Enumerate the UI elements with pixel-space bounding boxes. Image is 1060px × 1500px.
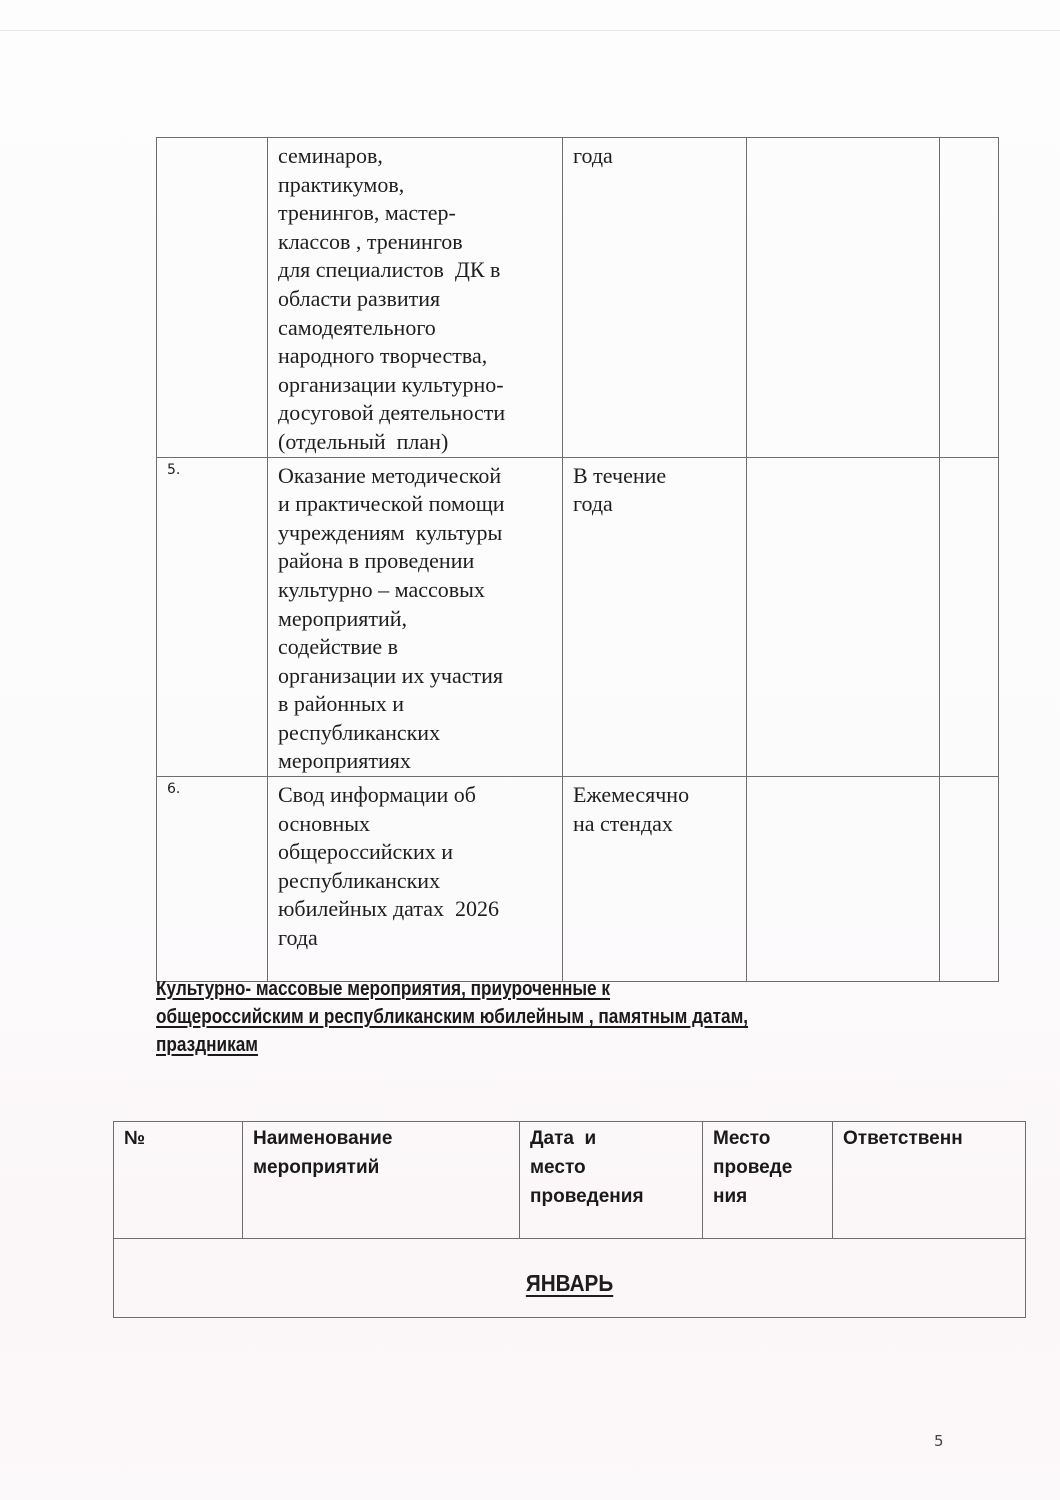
table-header-row: № Наименованиемероприятий Дата иместопро… (114, 1122, 1026, 1239)
text-line: года (573, 142, 740, 171)
text-line: самодеятельного (278, 314, 556, 343)
text-line: года (573, 490, 740, 519)
activity-name: Оказание методическойи практической помо… (268, 457, 563, 777)
text-line: ния (713, 1182, 826, 1211)
header-responsible: Ответственн (833, 1122, 1026, 1239)
text-line: Свод информации об (278, 781, 556, 810)
empty-cell (940, 777, 999, 982)
month-row: ЯНВАРЬ (114, 1239, 1026, 1318)
text-line: Ответственн (843, 1124, 1019, 1153)
text-line: проведения (530, 1182, 696, 1211)
header-number: № (114, 1122, 243, 1239)
text-line: основных (278, 810, 556, 839)
text-line: учреждениям культуры (278, 519, 556, 548)
text-line: тренингов, мастер- (278, 199, 556, 228)
text-line: № (124, 1124, 236, 1153)
empty-cell (940, 138, 999, 458)
text-line: общероссийских и (278, 838, 556, 867)
text-line: мероприятиях (278, 747, 556, 776)
text-line: классов , тренингов (278, 228, 556, 257)
text-line: (отдельный план) (278, 428, 556, 457)
text-line: и практической помощи (278, 490, 556, 519)
text-line: на стендах (573, 810, 740, 839)
table-row: семинаров,практикумов,тренингов, мастер-… (157, 138, 999, 458)
text-line: практикумов, (278, 171, 556, 200)
text-line: содействие в (278, 633, 556, 662)
row-number: 6. (157, 777, 268, 982)
text-line: народного творчества, (278, 342, 556, 371)
text-line: республиканских (278, 867, 556, 896)
text-line: место (530, 1153, 696, 1182)
activity-name: семинаров,практикумов,тренингов, мастер-… (268, 138, 563, 458)
text-line: организации их участия (278, 662, 556, 691)
empty-cell (747, 457, 940, 777)
text-line: В течение (573, 462, 740, 491)
header-venue: Местопроведения (703, 1122, 833, 1239)
header-event-name: Наименованиемероприятий (243, 1122, 520, 1239)
text-line: юбилейных датах 2026 (278, 895, 556, 924)
events-table: № Наименованиемероприятий Дата иместопро… (113, 1121, 1026, 1318)
scan-edge-line (0, 30, 1060, 31)
activities-table: семинаров,практикумов,тренингов, мастер-… (156, 137, 999, 982)
text-line: Дата и (530, 1124, 696, 1153)
text-line: района в проведении (278, 547, 556, 576)
text-line: республиканских (278, 719, 556, 748)
text-line: Оказание методической (278, 462, 556, 491)
text-line: Место (713, 1124, 826, 1153)
section-heading-line: праздникам (156, 1031, 844, 1059)
activity-date: года (563, 138, 747, 458)
text-line: области развития (278, 285, 556, 314)
text-line: Ежемесячно (573, 781, 740, 810)
row-number (157, 138, 268, 458)
section-heading: Культурно- массовые мероприятия, приуроч… (156, 975, 844, 1059)
text-line: проведе (713, 1153, 826, 1182)
text-line: культурно – массовых (278, 576, 556, 605)
text-line: Наименование (253, 1124, 513, 1153)
month-cell: ЯНВАРЬ (114, 1239, 1026, 1318)
text-line: досуговой деятельности (278, 399, 556, 428)
month-label: ЯНВАРЬ (526, 1260, 613, 1297)
text-line: года (278, 924, 556, 953)
page-number: 5 (934, 1432, 944, 1450)
row-number: 5. (157, 457, 268, 777)
text-line: мероприятий (253, 1153, 513, 1182)
activity-name: Свод информации обосновныхобщероссийских… (268, 777, 563, 982)
activity-date: В течениегода (563, 457, 747, 777)
empty-cell (747, 777, 940, 982)
table-row: 6. Свод информации обосновныхобщероссийс… (157, 777, 999, 982)
empty-cell (940, 457, 999, 777)
section-heading-line: общероссийским и республиканским юбилейн… (156, 1003, 844, 1031)
table-row: 5. Оказание методическойи практической п… (157, 457, 999, 777)
header-date-place: Дата иместопроведения (520, 1122, 703, 1239)
text-line: для специалистов ДК в (278, 256, 556, 285)
text-line: в районных и (278, 690, 556, 719)
text-line: организации культурно- (278, 371, 556, 400)
text-line: семинаров, (278, 142, 556, 171)
text-line: мероприятий, (278, 605, 556, 634)
activity-date: Ежемесячнона стендах (563, 777, 747, 982)
section-heading-line: Культурно- массовые мероприятия, приуроч… (156, 975, 844, 1003)
empty-cell (747, 138, 940, 458)
